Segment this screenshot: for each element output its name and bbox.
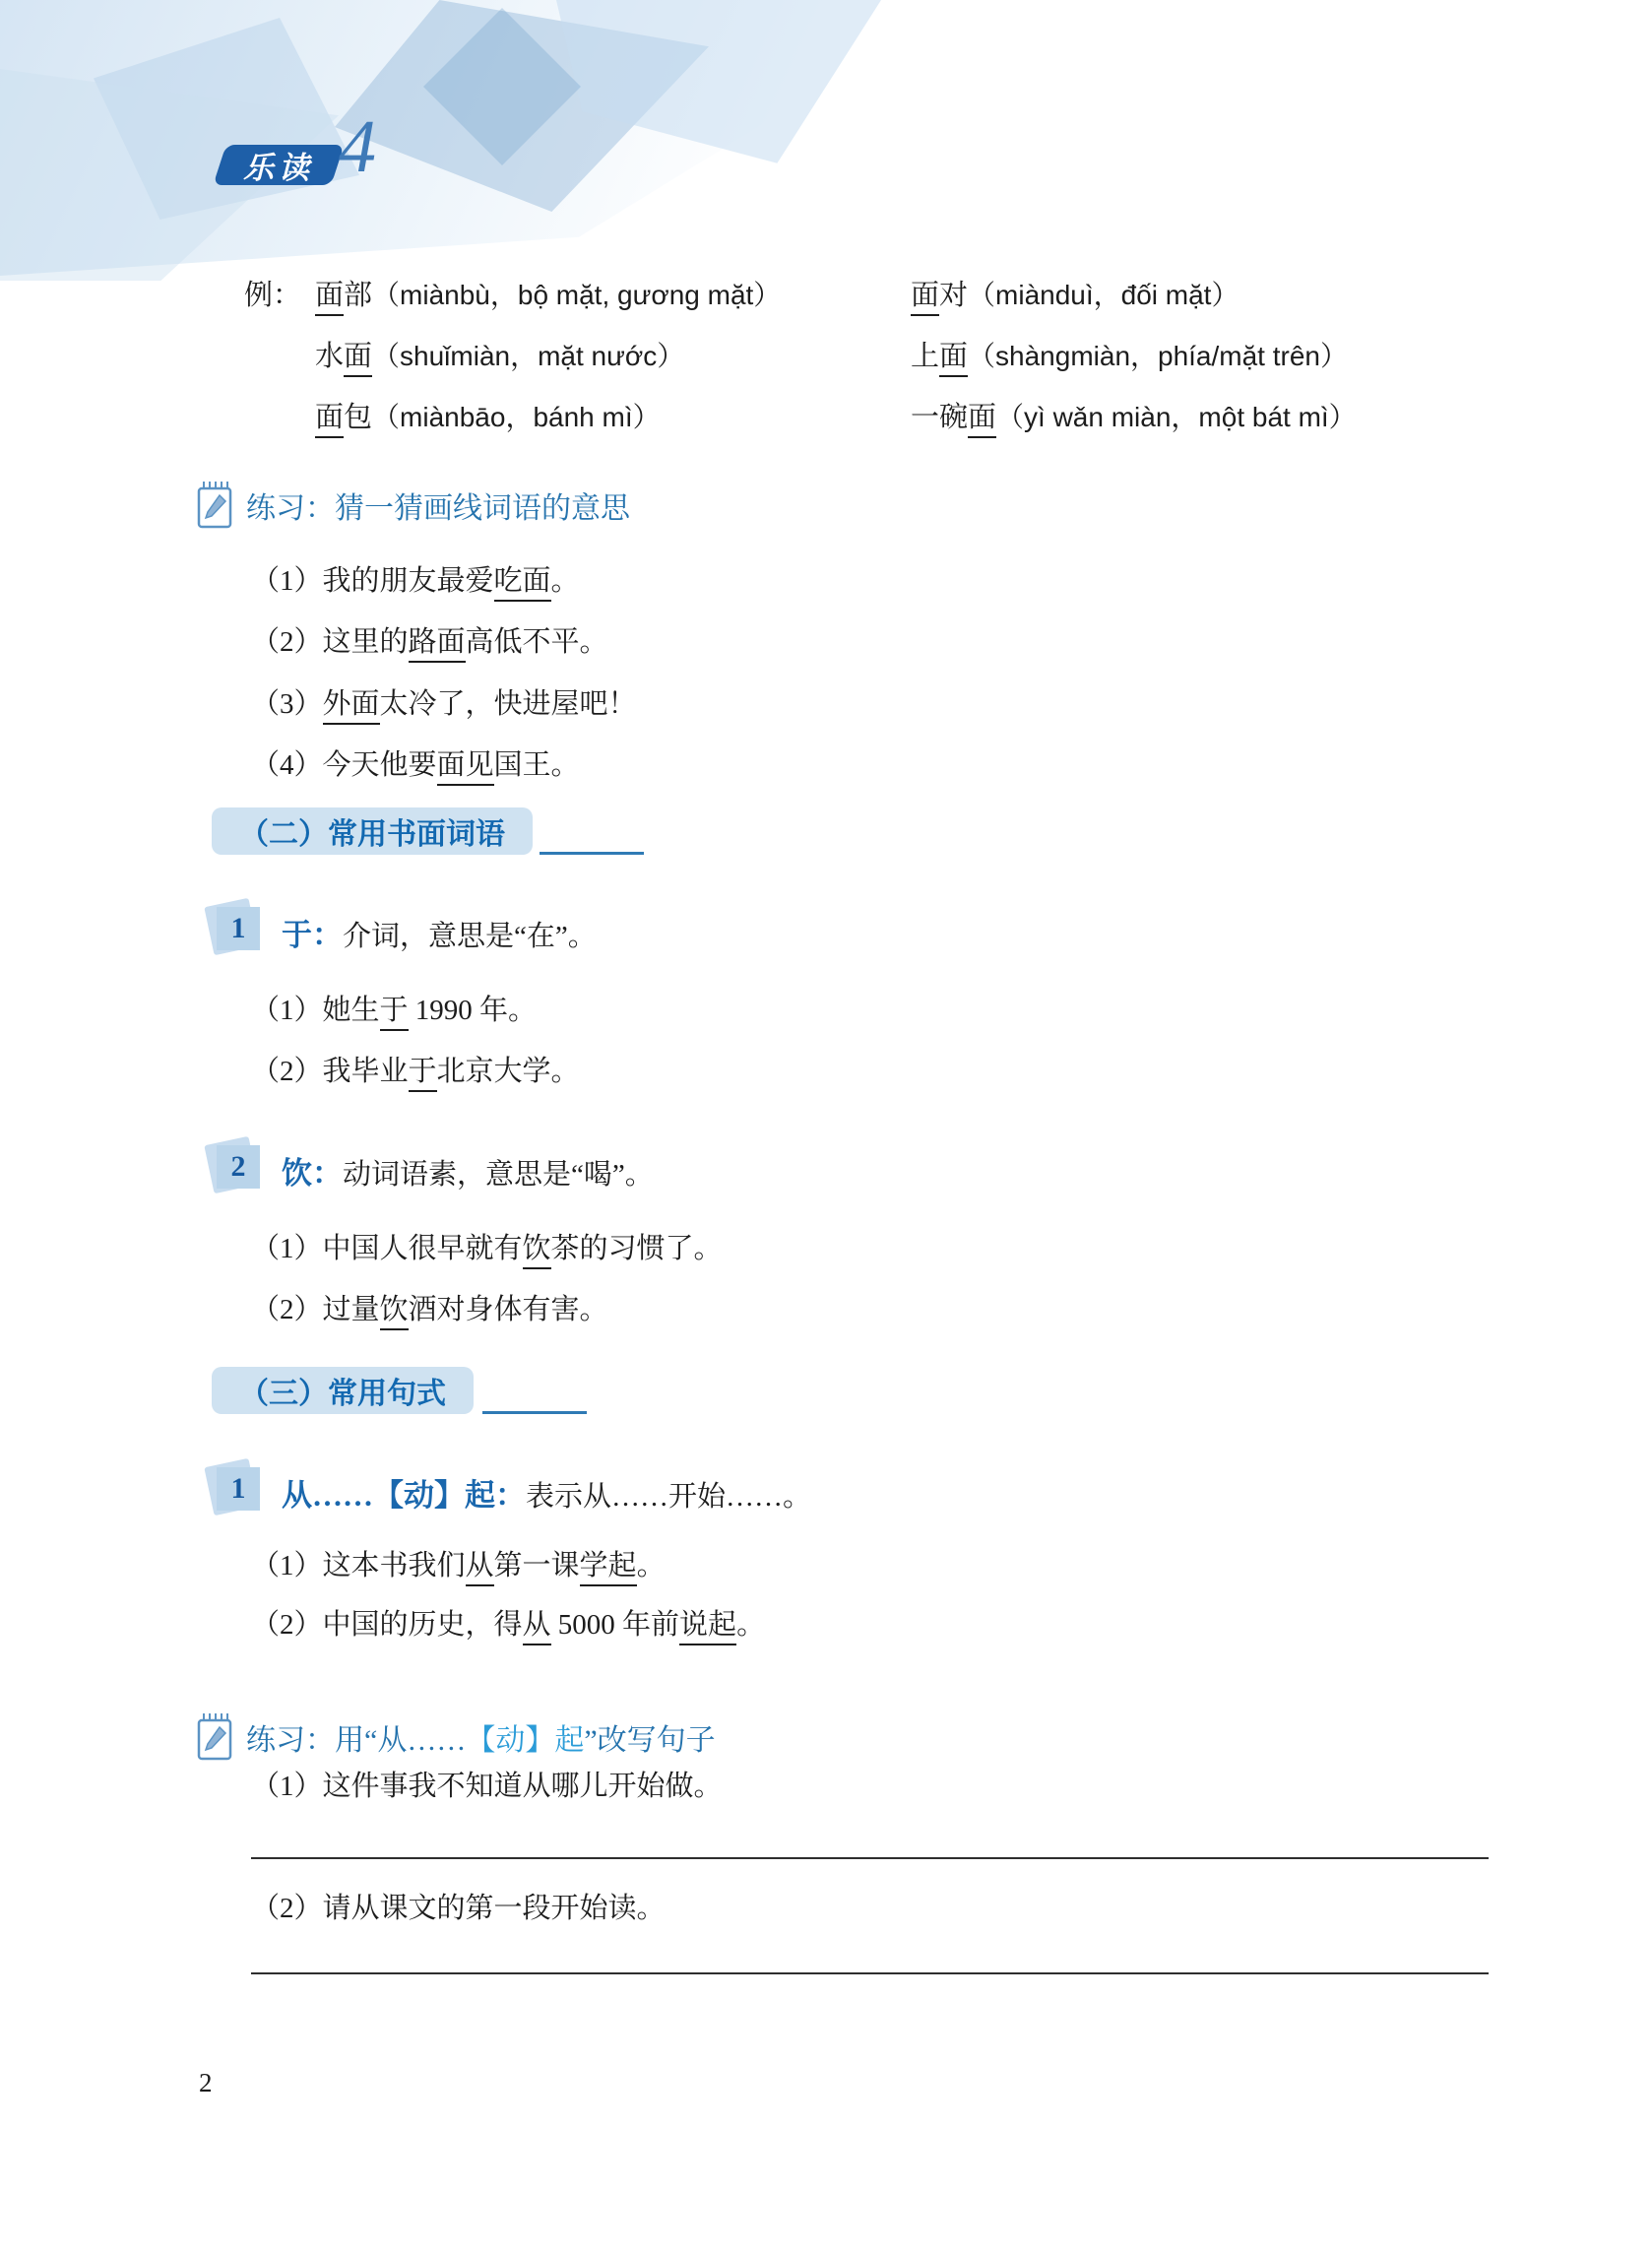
exercise2-item: （2）请从课文的第一段开始读。 xyxy=(251,1891,666,1926)
exercise1-item: （3）外面太冷了，快进屋吧！ xyxy=(251,686,637,722)
grammar-heading: 于：介词，意思是“在”。 xyxy=(282,907,597,954)
pattern-term: 从……【动】起： xyxy=(282,1478,526,1513)
background-polygon xyxy=(423,8,581,165)
example-entry: 上面（shàngmiàn，phía/mặt trên） xyxy=(911,339,1348,374)
grammar-desc: 动词语素，意思是“喝”。 xyxy=(343,1159,654,1191)
grammar1-example: （2）我毕业于北京大学。 xyxy=(251,1054,580,1089)
exercise1-item: （1）我的朋友最爱吃面。 xyxy=(251,563,580,599)
exercise2-header: 练习：用“从……【动】起”改写句子 xyxy=(197,1713,716,1761)
pattern-desc: 表示从……开始……。 xyxy=(526,1481,811,1513)
background-polygon xyxy=(335,0,709,212)
background-polygon xyxy=(94,18,359,220)
grammar-heading: 饮：动词语素，意思是“喝”。 xyxy=(282,1145,654,1193)
exercise2-title: 练习：用“从……【动】起”改写句子 xyxy=(246,1715,716,1759)
header-background-decoration xyxy=(0,0,1024,295)
section-header-3: （三）常用句式 xyxy=(212,1367,474,1414)
grammar-item-1: 1 于：介词，意思是“在”。 xyxy=(217,907,597,954)
answer-line xyxy=(251,1972,1489,1974)
badge-number: 1 xyxy=(217,907,260,950)
exercise1-title: 练习：猜一猜画线词语的意思 xyxy=(246,484,630,527)
textbook-page: 乐读 4 例： 面部（miànbù，bộ mặt, gương mặt） 水面（… xyxy=(0,0,1652,2257)
pattern-item-1: 1 从……【动】起：表示从……开始……。 xyxy=(217,1467,811,1515)
grammar-term: 饮： xyxy=(282,1156,343,1191)
pattern-heading: 从……【动】起：表示从……开始……。 xyxy=(282,1467,811,1515)
section-2-underline xyxy=(540,852,644,855)
pattern1-example: （1）这本书我们从第一课学起。 xyxy=(251,1548,666,1583)
exercise2-item: （1）这件事我不知道从哪儿开始做。 xyxy=(251,1769,723,1804)
exercise1-item: （2）这里的路面高低不平。 xyxy=(251,624,608,660)
exercise1-item: （4）今天他要面见国王。 xyxy=(251,747,580,783)
answer-line xyxy=(251,1857,1489,1859)
book-logo: 乐读 xyxy=(213,145,344,185)
example-label: 例： xyxy=(244,278,301,313)
notepad-pencil-icon xyxy=(197,1713,232,1761)
example-entry: 面包（miànbāo，bánh mì） xyxy=(315,400,661,435)
grammar-term: 于： xyxy=(282,918,343,952)
example-entry: 面部（miànbù，bộ mặt, gương mặt） xyxy=(315,278,781,313)
page-number: 2 xyxy=(199,2068,213,2098)
book-logo-text: 乐读 xyxy=(243,143,314,187)
exercise1-header: 练习：猜一猜画线词语的意思 xyxy=(197,482,630,529)
number-badge: 1 xyxy=(217,1467,260,1511)
grammar-item-2: 2 饮：动词语素，意思是“喝”。 xyxy=(217,1145,654,1193)
grammar-desc: 介词，意思是“在”。 xyxy=(343,921,597,952)
section-header-2: （二）常用书面词语 xyxy=(212,807,533,855)
background-polygon xyxy=(0,0,965,276)
badge-number: 2 xyxy=(217,1145,260,1189)
section-3-title: （三）常用句式 xyxy=(239,1369,446,1412)
example-entry: 水面（shuǐmiàn，mặt nước） xyxy=(315,339,684,374)
book-volume-number: 4 xyxy=(339,106,376,189)
number-badge: 2 xyxy=(217,1145,260,1189)
badge-number: 1 xyxy=(217,1467,260,1511)
grammar2-example: （2）过量饮酒对身体有害。 xyxy=(251,1292,608,1327)
background-polygon xyxy=(556,0,881,192)
grammar1-example: （1）她生于 1990 年。 xyxy=(251,993,537,1028)
grammar2-example: （1）中国人很早就有饮茶的习惯了。 xyxy=(251,1231,723,1266)
section-2-title: （二）常用书面词语 xyxy=(239,809,505,853)
pattern1-example: （2）中国的历史，得从 5000 年前说起。 xyxy=(251,1607,765,1643)
example-entry: 面对（miànduì，đối mặt） xyxy=(911,278,1239,313)
example-word-block: 例： 面部（miànbù，bộ mặt, gương mặt） 水面（shuǐm… xyxy=(244,272,1524,449)
section-3-underline xyxy=(482,1411,587,1414)
number-badge: 1 xyxy=(217,907,260,950)
notepad-pencil-icon xyxy=(197,482,232,529)
example-entry: 一碗面（yì wǎn miàn，một bát mì） xyxy=(911,400,1357,435)
